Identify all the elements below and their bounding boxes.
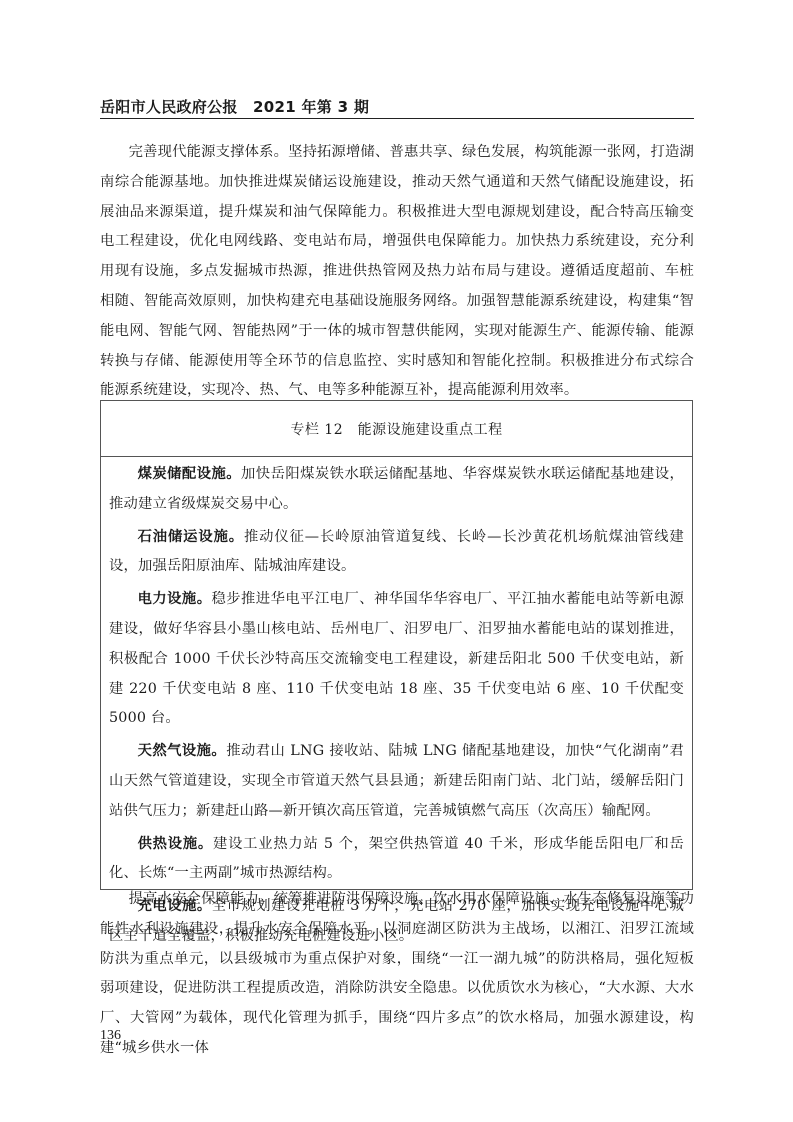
- item-heading: 石油储运设施。: [138, 529, 244, 545]
- box-item-oil: 石油储运设施。推动仪征—长岭原油管道复线、长岭—长沙黄花机场航煤油管线建设，加强…: [109, 523, 684, 583]
- item-heading: 供热设施。: [138, 836, 213, 852]
- paragraph-energy-system: 完善现代能源支撑体系。坚持拓源增储、普惠共享、绿色发展，构筑能源一张网，打造湖南…: [100, 138, 694, 406]
- item-text: 稳步推进华电平江电厂、神华国华华容电厂、平江抽水蓄能电站等新电源建设，做好华容县…: [109, 591, 684, 726]
- header-divider: [100, 118, 694, 119]
- box-item-gas: 天然气设施。推动君山 LNG 接收站、陆城 LNG 储配基地建设，加快“气化湖南…: [109, 737, 684, 826]
- paragraph-water-security: 提高水安全保障能力。统筹推进防洪保障设施、饮水用水保障设施、水生态修复设施等功能…: [100, 885, 694, 1064]
- page-number: 136: [100, 1028, 121, 1044]
- box-item-coal: 煤炭储配设施。加快岳阳煤炭铁水联运储配基地、华容煤炭铁水联运储配基地建设，推动建…: [109, 460, 684, 520]
- running-header: 岳阳市人民政府公报 2021 年第 3 期: [100, 96, 694, 117]
- item-heading: 煤炭储配设施。: [138, 466, 241, 482]
- feature-box-body: 煤炭储配设施。加快岳阳煤炭铁水联运储配基地、华容煤炭铁水联运储配基地建设，推动建…: [101, 457, 692, 952]
- box-item-power: 电力设施。稳步推进华电平江电厂、神华国华华容电厂、平江抽水蓄能电站等新电源建设，…: [109, 585, 684, 734]
- feature-box-energy-projects: 专栏 12 能源设施建设重点工程 煤炭储配设施。加快岳阳煤炭铁水联运储配基地、华…: [100, 400, 693, 890]
- item-heading: 天然气设施。: [138, 743, 227, 759]
- feature-box-title: 专栏 12 能源设施建设重点工程: [101, 401, 692, 457]
- item-heading: 电力设施。: [138, 591, 212, 607]
- box-item-heating: 供热设施。建设工业热力站 5 个，架空供热管道 40 千米，形成华能岳阳电厂和岳…: [109, 830, 684, 890]
